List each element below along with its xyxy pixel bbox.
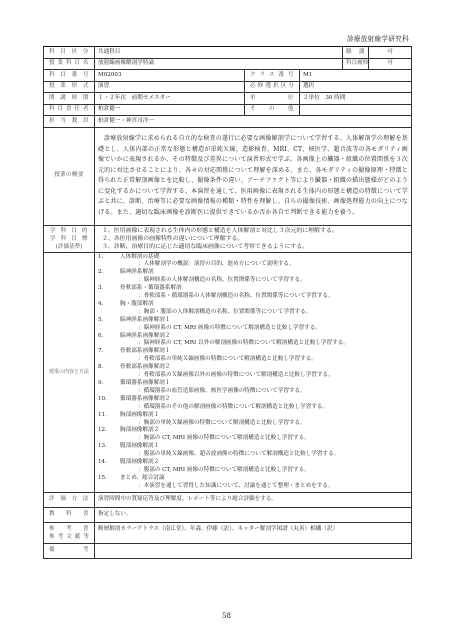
plan-item-description: ：腹部の CT, MRI 画像の特徴について解剖構造と比較し学習する。 [98, 467, 408, 475]
value-course-name: 放射線画像解剖学特論 [95, 58, 343, 70]
plan-item-title: 循環器系画像解剖１ [120, 380, 170, 386]
value-textbook: 指定しない。 [95, 507, 412, 522]
plan-item-description: ：循環器系の血管造影画像、核医学画像の特徴について学習する。 [98, 388, 408, 396]
plan-item: 11.胸部画像解剖１ [98, 412, 408, 420]
plan-item-title: 脳神経系画像解剖１ [120, 317, 170, 323]
value-goals: １、医用画像に表現される生体内の形態と構造を人体解剖と対比し３次元的に理解する。… [95, 225, 412, 252]
plan-item: 4.胸・腹部解剖 [98, 301, 408, 309]
plan-item: 9.循環器系画像解剖１ [98, 380, 408, 388]
plan-item-description: ：脳神経系の人体解剖構造の名称、位置関係等について学習する。 [98, 277, 408, 285]
plan-item: 13.腹部画像解剖１ [98, 443, 408, 451]
plan-item-title: 骨軟部系画像解剖２ [120, 364, 170, 370]
value-category: 共通科目 [95, 47, 343, 59]
label-audit: 聴 講 [343, 47, 369, 59]
goal-item: ２、各医用画像の画像特性の違いについて理解する。 [98, 235, 408, 243]
label-references-line2: 参考文献等 [47, 533, 91, 541]
plan-item-number: 13. [98, 443, 120, 451]
plan-item-number: 15. [98, 475, 120, 483]
row-instructors: 担 当 教 員 柏倉健一・神宮司洋一 [44, 116, 412, 128]
value-required: 選択 [300, 81, 412, 93]
label-remarks: 備 考 [44, 543, 95, 558]
plan-item: 15.まとめ、総合討論 [98, 475, 408, 483]
label-references: 参 考 書 参考文献等 [44, 522, 95, 543]
plan-item: 14.腹部画像解剖２ [98, 459, 408, 467]
row-course-number: 科 目 番 号 M02003 クラス番号 M1 [44, 70, 412, 82]
plan-item-title: 胸・腹部解剖 [120, 301, 154, 307]
plan-item-title: 骨軟部系画像解剖１ [120, 348, 170, 354]
label-format: 授 業 形 式 [44, 81, 95, 93]
label-goals-line2: 学 科 目 標 [46, 235, 92, 243]
label-class-number: クラス番号 [245, 70, 300, 82]
row-plan: 授業の内容と方法 1.人体解剖の基礎：人体解剖学の概説：演習の目的、進め方につい… [44, 252, 412, 492]
goal-item: ３、診断、治療目的に応じた適切な臨床画像について考察できるようにする。 [98, 243, 408, 251]
plan-item-description: ：胸部・腹部の人体解剖構造の名称、位置関係等について学習する。 [98, 309, 408, 317]
plan-item-number: 7. [98, 348, 120, 356]
value-credit: ２単位 30 時間 [300, 93, 412, 105]
row-period: 開 講 時 期 １・２年次 前期セメスター 単 位 ２単位 30 時間 [44, 93, 412, 105]
plan-item-title: 胸部画像解剖２ [120, 427, 159, 433]
value-class-number: M1 [300, 70, 412, 82]
value-format: 演習 [95, 81, 245, 93]
plan-item-number: 11. [98, 412, 120, 420]
plan-item: 3.骨軟部系・循環器系解剖 [98, 285, 408, 293]
value-lead: 柏倉健一 [95, 104, 245, 116]
label-credit: 単 位 [245, 93, 300, 105]
plan-item-title: まとめ、総合討論 [120, 475, 165, 481]
label-instructors: 担 当 教 員 [44, 116, 95, 128]
row-references: 参 考 書 参考文献等 断層解剖カラーアトラス（南江堂）、年森、伊藤（訳）、ネッ… [44, 522, 412, 543]
plan-item-number: 2. [98, 269, 120, 277]
page-number: 58 [0, 612, 453, 620]
value-references: 断層解剖カラーアトラス（南江堂）、年森、伊藤（訳）、ネッター解剖学図譜（丸善）相… [95, 522, 412, 543]
plan-item: 10.循環器系画像解剖２ [98, 396, 408, 404]
plan-item-title: 脳神経系画像解剖２ [120, 333, 170, 339]
label-period: 開 講 時 期 [44, 93, 95, 105]
plan-item-title: 循環器系画像解剖２ [120, 396, 170, 402]
label-course-number: 科 目 番 号 [44, 70, 95, 82]
label-category: 科 目 区 分 [44, 47, 95, 59]
department-name: 診療放射線学研究科 [347, 33, 409, 43]
value-other [300, 104, 412, 116]
row-lead: 科目責任者 柏倉健一 そ の 他 [44, 104, 412, 116]
row-textbook: 教 科 書 指定しない。 [44, 507, 412, 522]
plan-item: 5.脳神経系画像解剖１ [98, 317, 408, 325]
row-course-name: 授業科目名 放射線画像解剖学特論 科目履修 可 [44, 58, 412, 70]
label-textbook: 教 科 書 [44, 507, 95, 522]
plan-item: 8.骨軟部系画像解剖２ [98, 364, 408, 372]
value-remarks [95, 543, 412, 558]
plan-item-number: 5. [98, 317, 120, 325]
label-evaluation: 評 価 方 法 [44, 492, 95, 507]
label-references-line1: 参 考 書 [47, 525, 91, 533]
value-subject-enroll: 可 [369, 58, 412, 70]
plan-item-title: 腹部画像解剖１ [120, 443, 159, 449]
value-instructors: 柏倉健一・神宮司洋一 [95, 116, 412, 128]
plan-item-number: 4. [98, 301, 120, 309]
syllabus-table: 科 目 区 分 共通科目 聴 講 可 授業科目名 放射線画像解剖学特論 科目履修… [43, 46, 412, 559]
plan-item-title: 胸部画像解剖１ [120, 412, 159, 418]
plan-item-description: ：骨軟部系の単純Ｘ線画像の特徴について解剖構造と比較し学習する。 [98, 356, 408, 364]
value-overview: 診療放射線学に求められる自立的な検査の遂行に必要な画像解剖学について学習する。人… [95, 127, 412, 225]
plan-item-title: 脳神経系解剖 [120, 269, 154, 275]
value-plan: 1.人体解剖の基礎：人体解剖学の概説：演習の目的、進め方について説明する。2.脳… [95, 252, 412, 492]
plan-item-title: 人体解剖の基礎 [120, 254, 159, 260]
label-course-name: 授業科目名 [44, 58, 95, 70]
plan-item-number: 10. [98, 396, 120, 404]
plan-item-number: 3. [98, 285, 120, 293]
label-lead: 科目責任者 [44, 104, 95, 116]
plan-item-description: ：骨軟部系・循環器系の人体解剖構造の名称、位置関係等について学習する。 [98, 293, 408, 301]
plan-item-description: ：脳神経系の CT, MRI 画像の特徴について解剖構造と比較し学習する。 [98, 325, 408, 333]
plan-item-description: ：腹部の単純Ｘ線画像、超音波画像の特徴について解剖構造と比較し学習する。 [98, 451, 408, 459]
plan-item-number: 6. [98, 333, 120, 341]
plan-list: 1.人体解剖の基礎：人体解剖学の概説：演習の目的、進め方について説明する。2.脳… [98, 254, 408, 491]
plan-item-number: 14. [98, 459, 120, 467]
row-remarks: 備 考 [44, 543, 412, 558]
label-goals-line3: (評価基準) [46, 243, 92, 251]
value-evaluation: 演習時間中の質疑応答及び理解度、レポート等により総合評価をする。 [95, 492, 412, 507]
plan-item-number: 12. [98, 427, 120, 435]
row-evaluation: 評 価 方 法 演習時間中の質疑応答及び理解度、レポート等により総合評価をする。 [44, 492, 412, 507]
label-subject-enroll: 科目履修 [343, 58, 369, 70]
row-goals: 学 科 目 的 学 科 目 標 (評価基準) １、医用画像に表現される生体内の形… [44, 225, 412, 252]
plan-item-title: 骨軟部系・循環器系解剖 [120, 285, 182, 291]
label-overview: 授業の概要 [44, 127, 95, 225]
row-overview: 授業の概要 診療放射線学に求められる自立的な検査の遂行に必要な画像解剖学について… [44, 127, 412, 225]
value-audit: 可 [369, 47, 412, 59]
plan-item-number: 8. [98, 364, 120, 372]
plan-item-number: 9. [98, 380, 120, 388]
row-category: 科 目 区 分 共通科目 聴 講 可 [44, 47, 412, 59]
plan-item-description: ：骨軟部系のＸ線画像以外の画像の特徴について解剖構造と比較し学習する。 [98, 372, 408, 380]
label-other: そ の 他 [245, 104, 300, 116]
label-goals-line1: 学 科 目 的 [46, 227, 92, 235]
plan-item-title: 腹部画像解剖２ [120, 459, 159, 465]
value-period: １・２年次 前期セメスター [95, 93, 245, 105]
label-plan: 授業の内容と方法 [44, 252, 95, 492]
row-format: 授 業 形 式 演習 必修選択区分 選択 [44, 81, 412, 93]
plan-item-description: ：循環器系のその他の解剖画像の特徴について解剖構造と比較し学習する。 [98, 404, 408, 412]
plan-item-number: 1. [98, 254, 120, 262]
value-course-number: M02003 [95, 70, 245, 82]
goal-item: １、医用画像に表現される生体内の形態と構造を人体解剖と対比し３次元的に理解する。 [98, 227, 408, 235]
label-required: 必修選択区分 [245, 81, 300, 93]
plan-item-description: ：本演習を通して習得した知識について、討論を通じて整理・まとめをする。 [98, 483, 408, 491]
label-goals: 学 科 目 的 学 科 目 標 (評価基準) [44, 225, 95, 252]
